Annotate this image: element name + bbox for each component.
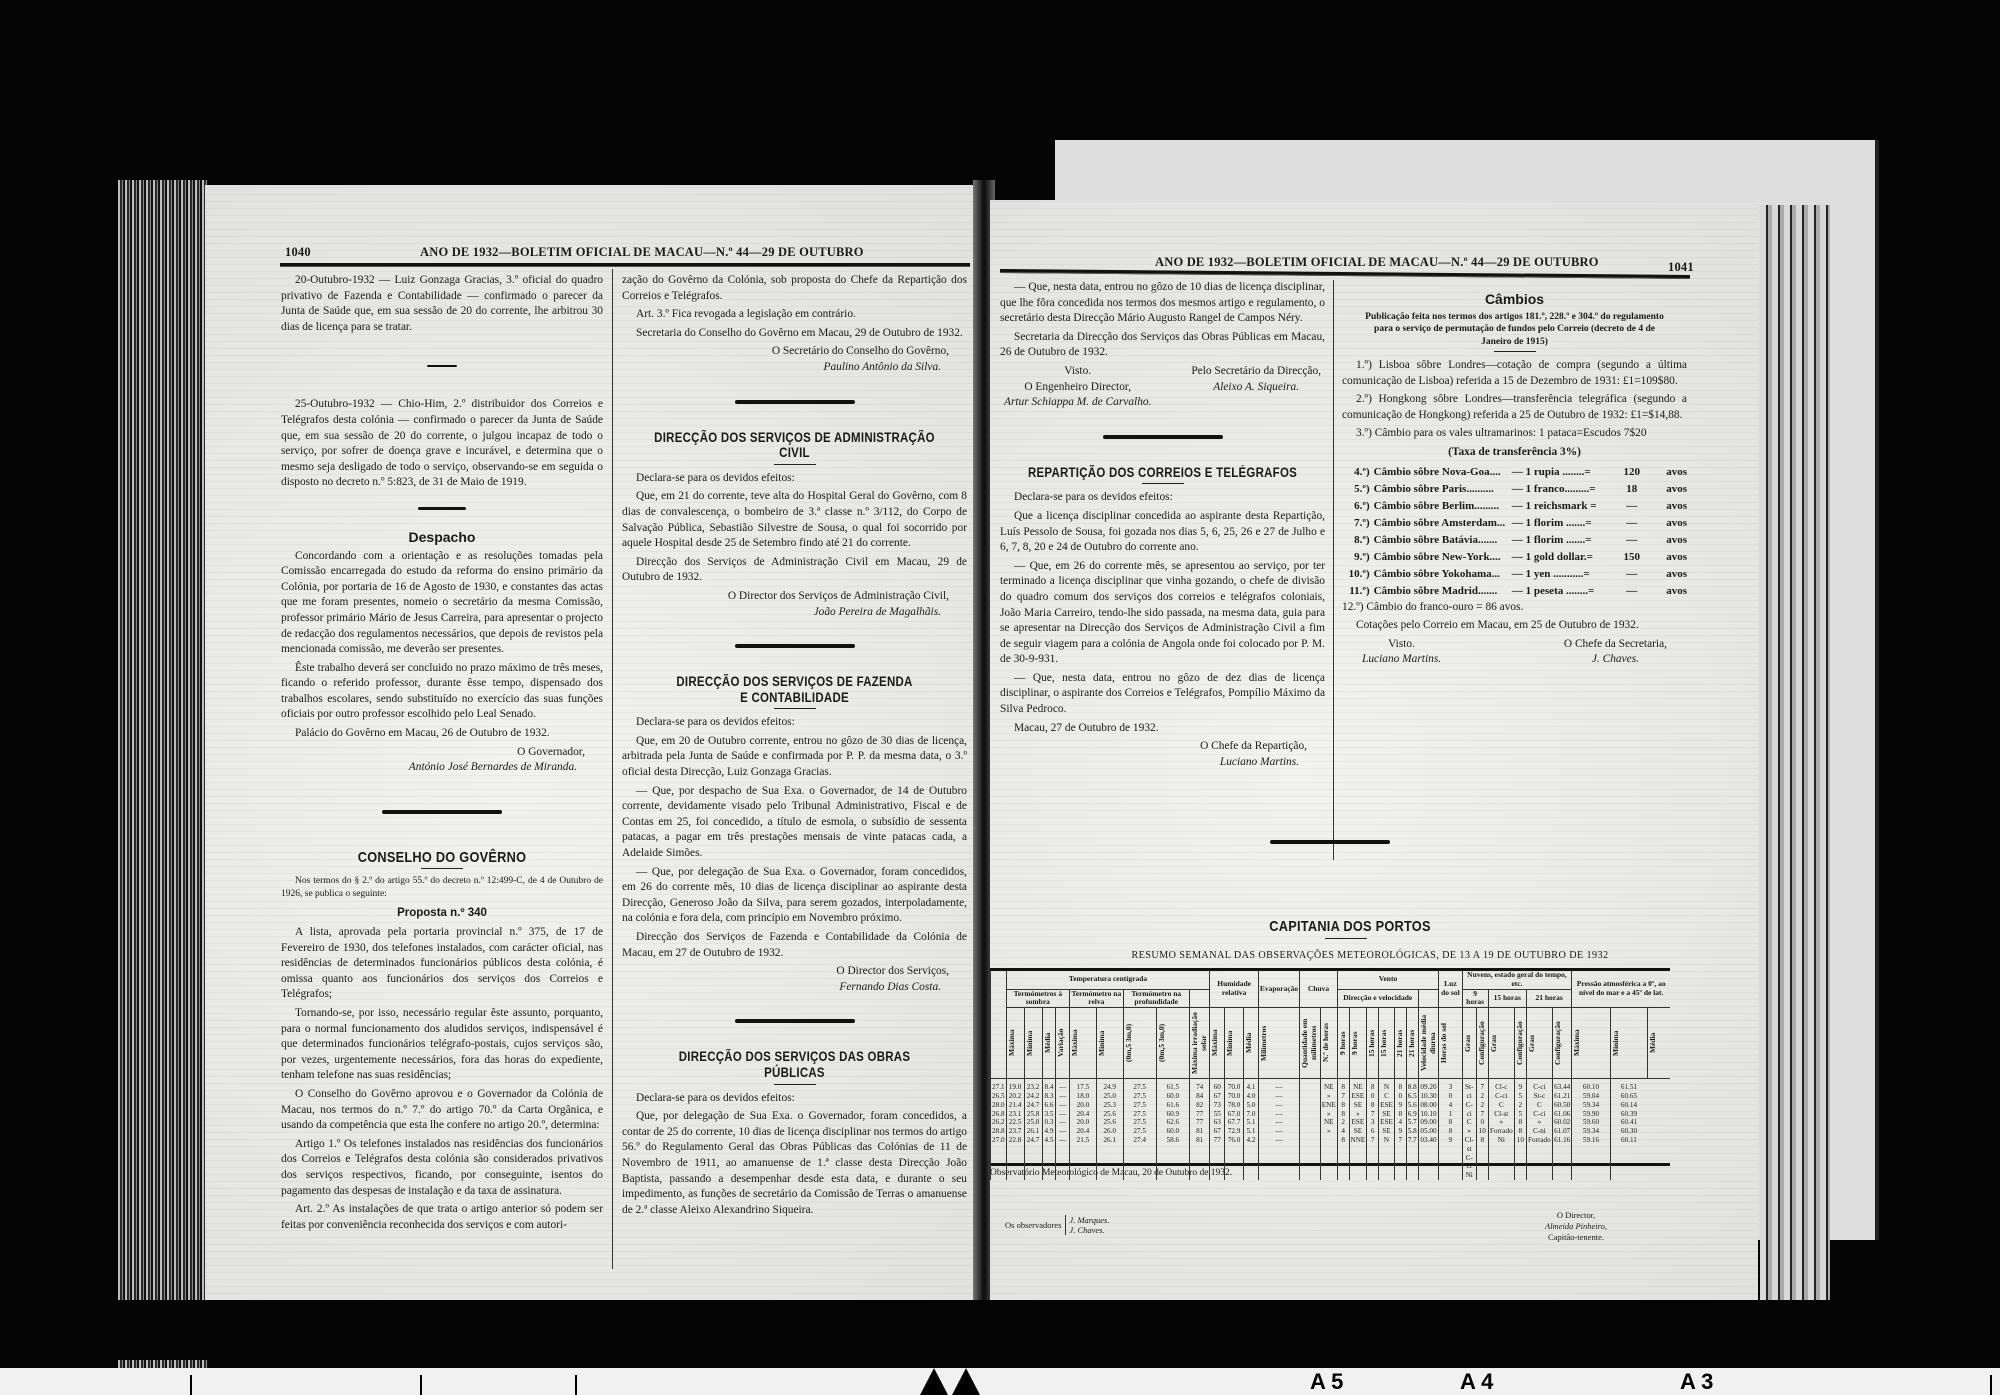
visto-block: Visto. O Engenheiro Director, Artur Schi… <box>1004 364 1151 411</box>
cambio-avos: avos <box>1650 532 1687 549</box>
signature-title: O Director, <box>1545 1210 1607 1221</box>
table-cell-prof-2: 27.5 27.5 27.5 27.5 27.5 27.5 27.4 <box>1123 1079 1156 1180</box>
table-cell-hum-min: 60 67 73 55 63 67 77 <box>1210 1079 1224 1180</box>
cambio-avos: avos <box>1650 549 1687 566</box>
cambio-city: Câmbio sôbre Madrid....... <box>1374 583 1512 600</box>
correios-signature: O Chefe da Repartição, Luciano Martins. <box>1000 739 1325 770</box>
director-signature: O Director, Almeida Pinheiro, Capitão-te… <box>1545 1210 1607 1243</box>
cambios-title: Câmbios <box>1342 292 1687 308</box>
table-column-header: Configuração <box>1476 1008 1488 1079</box>
table-column-header: Mínima <box>1610 1008 1647 1079</box>
obras-title: DIRECÇÃO DOS SERVIÇOS DAS OBRAS PÚBLICAS <box>648 1049 941 1080</box>
cambio-value: — <box>1613 515 1650 532</box>
table-column-header: Grau <box>1462 1008 1476 1079</box>
conselho-signature: O Secretário do Conselho do Govêrno, Pau… <box>622 344 967 375</box>
despacho-signature: O Governador, António José Bernardes de … <box>281 745 603 776</box>
column-divider <box>1333 280 1334 860</box>
short-rule <box>1494 351 1536 352</box>
table-column-header: Máxima <box>1070 1008 1097 1079</box>
short-rule <box>774 1084 816 1085</box>
table-cell-n15-conf: Cl-c C-ci C Cl-st » Forrado Ni <box>1488 1079 1514 1180</box>
cambios-signatures: Visto. Luciano Martins. O Chefe da Secre… <box>1342 637 1687 668</box>
signature-title: O Secretário do Conselho do Govêrno, <box>772 345 949 357</box>
admin-decl: Declara-se para os devidos efeitos: <box>622 471 967 487</box>
table-group-header: Temperatura centígrada <box>1006 971 1210 989</box>
short-rule <box>1142 483 1184 484</box>
signature-name: Fernando Dias Costa. <box>622 980 949 996</box>
observatory-line: Observatório Meteorológico de Macau, 20 … <box>990 1168 1232 1178</box>
cambio-unit: — 1 gold dollar.= <box>1512 549 1613 566</box>
table-cell-press-min: 60.10 59.04 59.34 59.90 59.60 59.34 59.1… <box>1572 1079 1610 1180</box>
table-column-header: Mínima <box>1224 1008 1243 1079</box>
pelo-block: Pelo Secretário da Direcção, Aleixo A. S… <box>1191 364 1321 411</box>
short-rule <box>421 868 463 869</box>
signature-name: João Pereira de Magalhãis. <box>622 605 949 621</box>
table-group-header: 21 horas <box>1526 989 1572 1008</box>
table-cell-temp-max: 27.1 26.5 28.0 26.8 26.2 28.8 27.0 <box>991 1079 1007 1180</box>
table-column-header: Grau <box>1488 1008 1514 1079</box>
cambio-item-3-note: (Taxa de transferência 3%) <box>1342 445 1687 461</box>
cambio-rate-row: 5.º)Câmbio sôbre Paris..........— 1 fran… <box>1342 481 1687 498</box>
cambio-item-12: 12.º) Câmbio do franco-ouro = 86 avos. <box>1342 600 1687 616</box>
table-column-header: Configuração <box>1552 1008 1571 1079</box>
table-cell-temp-min: 19.0 20.2 21.4 23.1 22.5 23.7 22.8 <box>1006 1079 1024 1180</box>
conselho-art3: Art. 3.º Fica revogada a legislação em c… <box>622 307 967 323</box>
conselho-title: CONSELHO DO GOVÊRNO <box>305 850 579 866</box>
cambio-city: Câmbio sôbre Berlim......... <box>1374 498 1512 515</box>
signature-title: Pelo Secretário da Direcção, <box>1191 364 1321 380</box>
fazenda-p3: — Que, por delegação de Sua Exa. o Gover… <box>622 865 967 927</box>
observers-block: Os observadores J. Marques. J. Chaves. <box>1005 1215 1109 1235</box>
film-marker-triangle <box>920 1368 948 1395</box>
cambio-unit: — 1 peseta ........= <box>1512 583 1613 600</box>
table-cell-vento-15: NE ESE SE » ESE SE NNE <box>1349 1079 1367 1180</box>
obras-signatures: Visto. O Engenheiro Director, Artur Schi… <box>1000 364 1325 411</box>
cambios-section: Câmbios Publicação feita nos termos dos … <box>1342 286 1687 668</box>
cambio-value: — <box>1613 566 1650 583</box>
cambio-unit: — 1 florim .......= <box>1512 515 1613 532</box>
table-cell-press-med: 61.51 60.65 60.14 60.39 60.41 60.30 60.1… <box>1610 1079 1647 1180</box>
table-column-header: Variação <box>1056 1008 1070 1079</box>
table-group-header <box>1418 989 1439 1008</box>
signature-name: Paulino Antônio da Silva. <box>622 360 949 376</box>
signature-name: Luciano Martins. <box>1000 755 1307 771</box>
table-cell-vento-9-vel: 8 7 8 8 2 4 8 <box>1337 1079 1349 1180</box>
table-cell-vento-15-vel: 8 0 8 7 3 6 7 <box>1367 1079 1379 1180</box>
running-header-left: ANO DE 1932—BOLETIM OFICIAL DE MACAU—N.º… <box>420 245 864 260</box>
table-group-header: Pressão atmosférica a 0º, ao nível do ma… <box>1572 971 1670 1008</box>
table-cell-irrad: 61.5 60.0 61.6 60.9 62.6 60.0 58.6 <box>1156 1079 1189 1180</box>
table-cell-vento-9: NE » ENE » NE » <box>1320 1079 1337 1180</box>
entry-chio-him: 25-Outubro-1932 — Chio-Him, 2.º distribu… <box>281 397 603 491</box>
signature-title: O Engenheiro Director, <box>1004 380 1151 396</box>
left-column-1: 20-Outubro-1932 — Luiz Gonzaga Gracias, … <box>281 273 603 1236</box>
capitania-subtitle: RESUMO SEMANAL DAS OBSERVAÇÕES METEOROLÓ… <box>1050 950 1690 961</box>
cambio-item-1: 1.º) Lisboa sôbre Londres—cotação de com… <box>1342 358 1687 389</box>
table-column-header: Velocidade média diurna <box>1418 1008 1439 1079</box>
table-cell-n21-conf: C-ci St-c C C-ci » C-ni Forrado <box>1526 1079 1552 1180</box>
film-mark: A 4 <box>1460 1369 1493 1395</box>
signature-title: O Chefe da Secretaria, <box>1564 637 1667 653</box>
table-cell-vel-media: 8.8 6.5 5.6 6.9 5.7 5.8 7.7 <box>1406 1079 1418 1180</box>
cambio-unit: — 1 florim .......= <box>1512 532 1613 549</box>
signature-name: J. Chaves. <box>1592 653 1639 665</box>
table-column-header: Configuração <box>1514 1008 1526 1079</box>
despacho-p2: Êste trabalho deverá ser concluido no pr… <box>281 661 603 723</box>
signature-title: O Director dos Serviços de Administração… <box>728 590 949 602</box>
table-group-header: 15 horas <box>1488 989 1526 1008</box>
separator <box>735 1019 855 1023</box>
meteorological-table-frame: Temperatura centígradaHumidade relativaE… <box>990 968 1670 1166</box>
cambio-rate-row: 9.º)Câmbio sôbre New-York....— 1 gold do… <box>1342 549 1687 566</box>
visto-label: Visto. <box>1004 364 1151 380</box>
signature-rank: Capitão-tenente. <box>1545 1232 1607 1243</box>
entry-gracias: 20-Outubro-1932 — Luiz Gonzaga Gracias, … <box>281 273 603 335</box>
correios-p1: Que a licença disciplinar concedida ao a… <box>1000 509 1325 556</box>
signature-title: O Director dos Serviços, <box>836 965 949 977</box>
capitania-title: CAPITANIA DOS PORTOS <box>1172 918 1529 935</box>
table-cell-relva-max: — — — — — — — <box>1056 1079 1070 1180</box>
table-cell-n21-grau: 9 5 2 5 8 8 10 <box>1514 1079 1526 1180</box>
cambio-rate-row: 11.º)Câmbio sôbre Madrid.......— 1 peset… <box>1342 583 1687 600</box>
table-group-header: Vento <box>1337 971 1439 989</box>
cambio-n: 7.º) <box>1342 515 1374 532</box>
signature-title: O Chefe da Repartição, <box>1200 740 1307 752</box>
table-column-header: (0m,5 3m,0) <box>1156 1008 1189 1079</box>
right-page: ANO DE 1932—BOLETIM OFICIAL DE MACAU—N.º… <box>990 200 1758 1343</box>
fazenda-title-1: DIRECÇÃO DOS SERVIÇOS DE FAZENDA <box>648 674 941 690</box>
short-rule <box>774 708 816 709</box>
table-column-header: 15 horas <box>1367 1008 1379 1079</box>
table-column-header: (0m,5 3m,0) <box>1123 1008 1156 1079</box>
separator <box>735 400 855 404</box>
page-number-left: 1040 <box>285 245 311 260</box>
table-column-header: Média <box>1042 1008 1056 1079</box>
fazenda-signature: O Director dos Serviços, Fernando Dias C… <box>622 964 967 995</box>
table-column-header: Mínima <box>1024 1008 1042 1079</box>
cambio-rate-row: 4.º)Câmbio sôbre Nova-Goa....— 1 rupia .… <box>1342 464 1687 481</box>
table-cell-chuva-horas <box>1300 1079 1321 1180</box>
cambio-value: — <box>1613 583 1650 600</box>
cambio-value: 18 <box>1613 481 1650 498</box>
right-column-1: — Que, nesta data, entrou no gôzo de 10 … <box>1000 280 1325 770</box>
table-cell-press-max: 63.44 61.21 60.50 61.06 60.02 61.07 61.1… <box>1552 1079 1571 1180</box>
cambio-city: Câmbio sôbre Yokohama... <box>1374 566 1512 583</box>
table-group-header: Nuvens, estado geral do tempo, etc. <box>1462 971 1572 989</box>
observers-names: J. Marques. J. Chaves. <box>1065 1215 1109 1235</box>
correios-place: Macau, 27 de Outubro de 1932. <box>1000 721 1325 737</box>
signature-title: O Governador, <box>517 746 585 758</box>
observer-name: J. Chaves. <box>1069 1225 1104 1235</box>
fazenda-p1: Que, em 20 de Outubro corrente, entrou n… <box>622 734 967 781</box>
observer-name: J. Marques. <box>1069 1215 1109 1225</box>
proposta-p5: Art. 2.º As instalações de que trata o a… <box>281 1202 603 1233</box>
despacho-title: Despacho <box>281 530 603 546</box>
cambios-place: Cotações pelo Correio em Macau, em 25 de… <box>1342 618 1687 634</box>
table-group-header: Termómetro na relva <box>1070 989 1124 1008</box>
cambio-n: 4.º) <box>1342 464 1374 481</box>
cambio-avos: avos <box>1650 481 1687 498</box>
table-column-header: Média <box>1647 1008 1670 1079</box>
signature-name: Almeida Pinheiro, <box>1545 1221 1607 1231</box>
admin-civil-title: DIRECÇÃO DOS SERVIÇOS DE ADMINISTRAÇÃO C… <box>648 430 941 461</box>
separator <box>418 507 466 510</box>
left-page: 1040 ANO DE 1932—BOLETIM OFICIAL DE MACA… <box>205 185 978 1343</box>
cambio-city: Câmbio sôbre Nova-Goa.... <box>1374 464 1512 481</box>
table-group-header: Direcção e velocidade <box>1337 989 1418 1008</box>
column-divider <box>612 269 613 1269</box>
separator <box>1270 840 1390 844</box>
cambio-city: Câmbio sôbre Paris.......... <box>1374 481 1512 498</box>
separator <box>1103 435 1223 439</box>
cambio-city: Câmbio sôbre Amsterdam... <box>1374 515 1512 532</box>
cambio-n: 11.º) <box>1342 583 1374 600</box>
table-column-header: 9 horas <box>1349 1008 1367 1079</box>
table-group-header: Termómetro na profundidade <box>1123 989 1189 1008</box>
table-cell-chuva-qtd: — — — — — — — <box>1258 1079 1299 1180</box>
separator <box>382 810 502 814</box>
table-group-header: 9 horas <box>1462 989 1488 1008</box>
cambio-rate-list: 4.º)Câmbio sôbre Nova-Goa....— 1 rupia .… <box>1342 464 1687 600</box>
table-column-header: Máxima <box>1572 1008 1610 1079</box>
cambio-avos: avos <box>1650 515 1687 532</box>
conselho-intro: Nos termos do § 2.º do artigo 55.º do de… <box>281 875 603 900</box>
table-cell-vento-21-vel: 8 0 9 8 4 9 7 <box>1394 1079 1406 1180</box>
table-cell-evap: 4.1 4.0 5.0 7.0 5.1 5.1 4.2 <box>1244 1079 1259 1180</box>
cambio-value: — <box>1613 498 1650 515</box>
film-mark: A 3 <box>1680 1369 1713 1395</box>
admin-signature: O Director dos Serviços de Administração… <box>622 589 967 620</box>
table-group-header: Termómetros à sombra <box>1006 989 1070 1008</box>
obras-place: Secretaria da Direcção dos Serviços das … <box>1000 330 1325 361</box>
cambio-rate-row: 6.º)Câmbio sôbre Berlim.........— 1 reic… <box>1342 498 1687 515</box>
table-column-header: Máxima <box>1006 1008 1024 1079</box>
cambio-rate-row: 8.º)Câmbio sôbre Batávia.......— 1 flori… <box>1342 532 1687 549</box>
table-column-header: Média <box>1244 1008 1259 1079</box>
table-column-header: N.º de horas <box>1320 1008 1337 1079</box>
left-column-2: zação do Govêrno da Colónia, sob propost… <box>622 273 967 1221</box>
proposta-title: Proposta n.º 340 <box>281 906 603 922</box>
cambio-rate-row: 10.º)Câmbio sôbre Yokohama...— 1 yen ...… <box>1342 566 1687 583</box>
separator <box>427 365 457 367</box>
cambio-unit: — 1 yen ...........= <box>1512 566 1613 583</box>
conselho-cont: zação do Govêrno da Colónia, sob propost… <box>622 273 967 304</box>
table-column-header: Máxima irradiação solar <box>1189 1008 1210 1079</box>
cambio-avos: avos <box>1650 566 1687 583</box>
fazenda-p2: — Que, por despacho de Sua Exa. o Govern… <box>622 784 967 862</box>
film-marker-triangle <box>952 1368 980 1395</box>
fazenda-decl: Declara-se para os devidos efeitos: <box>622 715 967 731</box>
table-cell-hum-med: 70.0 70.0 78.0 67.0 67.7 72.9 76.0 <box>1224 1079 1243 1180</box>
cambio-n: 10.º) <box>1342 566 1374 583</box>
table-column-header: Grau <box>1526 1008 1552 1079</box>
table-cell-vento-21: N C ESE SE ESE SE N <box>1379 1079 1395 1180</box>
correios-title: REPARTIÇÃO DOS CORREIOS E TELÉGRAFOS <box>1024 465 1300 481</box>
cambio-item-2: 2.º) Hongkong sôbre Londres—transferênci… <box>1342 392 1687 423</box>
admin-p1: Que, em 21 do corrente, teve alta do Hos… <box>622 489 967 551</box>
separator <box>735 644 855 648</box>
table-cell-horas-sol: 09.20 10.30 08.00 10.10 09.00 05.00 03.4… <box>1418 1079 1439 1180</box>
correios-p3: — Que, nesta data, entrou no gôzo de dez… <box>1000 671 1325 718</box>
signature-name: Luciano Martins. <box>1362 653 1441 665</box>
table-column-header: Quantidade em milímetros <box>1300 1008 1321 1079</box>
cambio-avos: avos <box>1650 464 1687 481</box>
cambio-avos: avos <box>1650 583 1687 600</box>
table-cell-n9-grau: 3 0 4 1 8 8 9 <box>1439 1079 1462 1180</box>
meteorological-table: Temperatura centígradaHumidade relativaE… <box>990 971 1670 1180</box>
table-column-header: 9 horas <box>1337 1008 1349 1079</box>
table-cell-n9-conf: St-ci C-ci C » Cl-st C-ci Ni <box>1462 1079 1476 1180</box>
table-group-header <box>1189 989 1210 1008</box>
table-cell-n15-grau: 7 2 2 7 0 10 8 <box>1476 1079 1488 1180</box>
cambio-n: 9.º) <box>1342 549 1374 566</box>
cambio-n: 8.º) <box>1342 532 1374 549</box>
cambio-unit: — 1 franco.........= <box>1512 481 1613 498</box>
cambio-value: 120 <box>1613 464 1650 481</box>
table-group-header: Luz do sol <box>1439 971 1462 1008</box>
cambio-rate-row: 7.º)Câmbio sôbre Amsterdam...— 1 florim … <box>1342 515 1687 532</box>
table-group-header: Humidade relativa <box>1210 971 1258 1008</box>
visto-label: Visto. <box>1362 637 1441 653</box>
table-group-header: Evaporação <box>1258 971 1299 1008</box>
correios-decl: Declara-se para os devidos efeitos: <box>1000 490 1325 506</box>
fazenda-title-2: E CONTABILIDADE <box>648 690 941 706</box>
proposta-p4: Artigo 1.º Os telefones instalados nas r… <box>281 1137 603 1199</box>
cambio-avos: avos <box>1650 498 1687 515</box>
cambio-unit: — 1 rupia ........= <box>1512 464 1613 481</box>
cambio-city: Câmbio sôbre New-York.... <box>1374 549 1512 566</box>
table-column-header: Máxima <box>1210 1008 1224 1079</box>
table-cell-hum-max: 74 84 82 77 77 81 81 <box>1189 1079 1210 1180</box>
table-column-header: 21 horas <box>1394 1008 1406 1079</box>
page-number-right: 1041 <box>1668 260 1694 275</box>
header-rule <box>1000 269 1690 279</box>
table-cell-prof-1: 24.9 25.0 25.3 25.6 25.6 26.0 26.1 <box>1096 1079 1123 1180</box>
header-rule <box>280 263 970 267</box>
cambio-value: — <box>1613 532 1650 549</box>
cambio-value: 150 <box>1613 549 1650 566</box>
running-header-right: ANO DE 1932—BOLETIM OFICIAL DE MACAU—N.º… <box>1155 255 1599 270</box>
table-column-header: 21 horas <box>1406 1008 1418 1079</box>
table-column-header: Milímetros <box>1258 1008 1299 1079</box>
cambio-unit: — 1 reichsmark = <box>1512 498 1613 515</box>
table-cell-relva-min: 17.5 18.0 20.0 20.4 20.0 20.4 21.5 <box>1070 1079 1097 1180</box>
cambio-city: Câmbio sôbre Batávia....... <box>1374 532 1512 549</box>
film-mark: A 5 <box>1310 1369 1343 1395</box>
despacho-p1: Concordando com a orientação e as resolu… <box>281 549 603 658</box>
table-column-header: 15 horas <box>1379 1008 1395 1079</box>
table-column-header: Mínima <box>1096 1008 1123 1079</box>
proposta-p3: O Conselho do Govêrno aprovou e o Govern… <box>281 1087 603 1134</box>
short-rule <box>1325 938 1367 939</box>
table-column-header: Horas do sol <box>1439 1008 1462 1079</box>
table-cell-temp-med: 23.2 24.2 24.7 25.8 25.0 26.1 24.7 <box>1024 1079 1042 1180</box>
obras-p1: Que, por delegação de Sua Exa. o Governa… <box>622 1109 967 1218</box>
table-cell-temp-var: 8.4 8.3 6.6 3.5 0.3 4.9 4.5 <box>1042 1079 1056 1180</box>
correios-p2: — Que, em 26 do corrente mês, se apresen… <box>1000 559 1325 668</box>
proposta-p2: Tornando-se, por isso, necessário regula… <box>281 1006 603 1084</box>
signature-name: Artur Schiappa M. de Carvalho. <box>1004 396 1151 408</box>
observers-label: Os observadores <box>1005 1220 1061 1230</box>
table-group-header <box>991 971 1007 1079</box>
table-group-header: Chuva <box>1300 971 1338 1008</box>
obras-cont: — Que, nesta data, entrou no gôzo de 10 … <box>1000 280 1325 327</box>
obras-decl: Declara-se para os devidos efeitos: <box>622 1091 967 1107</box>
cambio-item-3: 3.º) Câmbio para os vales ultramarinos: … <box>1342 426 1687 442</box>
proposta-p1: A lista, aprovada pela portaria provinci… <box>281 925 603 1003</box>
cambio-n: 6.º) <box>1342 498 1374 515</box>
fazenda-place: Direcção dos Serviços de Fazenda e Conta… <box>622 930 967 961</box>
signature-name: Aleixo A. Siqueira. <box>1213 381 1299 393</box>
page-stack-edge <box>1760 205 1830 1335</box>
short-rule <box>774 464 816 465</box>
conselho-place: Secretaria do Conselho do Govêrno em Mac… <box>622 326 967 342</box>
signature-name: António José Bernardes de Miranda. <box>281 760 585 776</box>
chefe-block: O Chefe da Secretaria, J. Chaves. <box>1564 637 1667 668</box>
scanner-shadow <box>0 1300 2000 1360</box>
admin-place: Direcção dos Serviços de Administração C… <box>622 555 967 586</box>
cambios-intro: Publicação feita nos termos dos artigos … <box>1342 311 1687 349</box>
visto-block: Visto. Luciano Martins. <box>1362 637 1441 668</box>
book-edge-left <box>118 180 208 1380</box>
cambio-n: 5.º) <box>1342 481 1374 498</box>
despacho-place: Palácio do Govêrno em Macau, 26 de Outub… <box>281 726 603 742</box>
film-strip: A 5 A 4 A 3 <box>0 1368 2000 1395</box>
